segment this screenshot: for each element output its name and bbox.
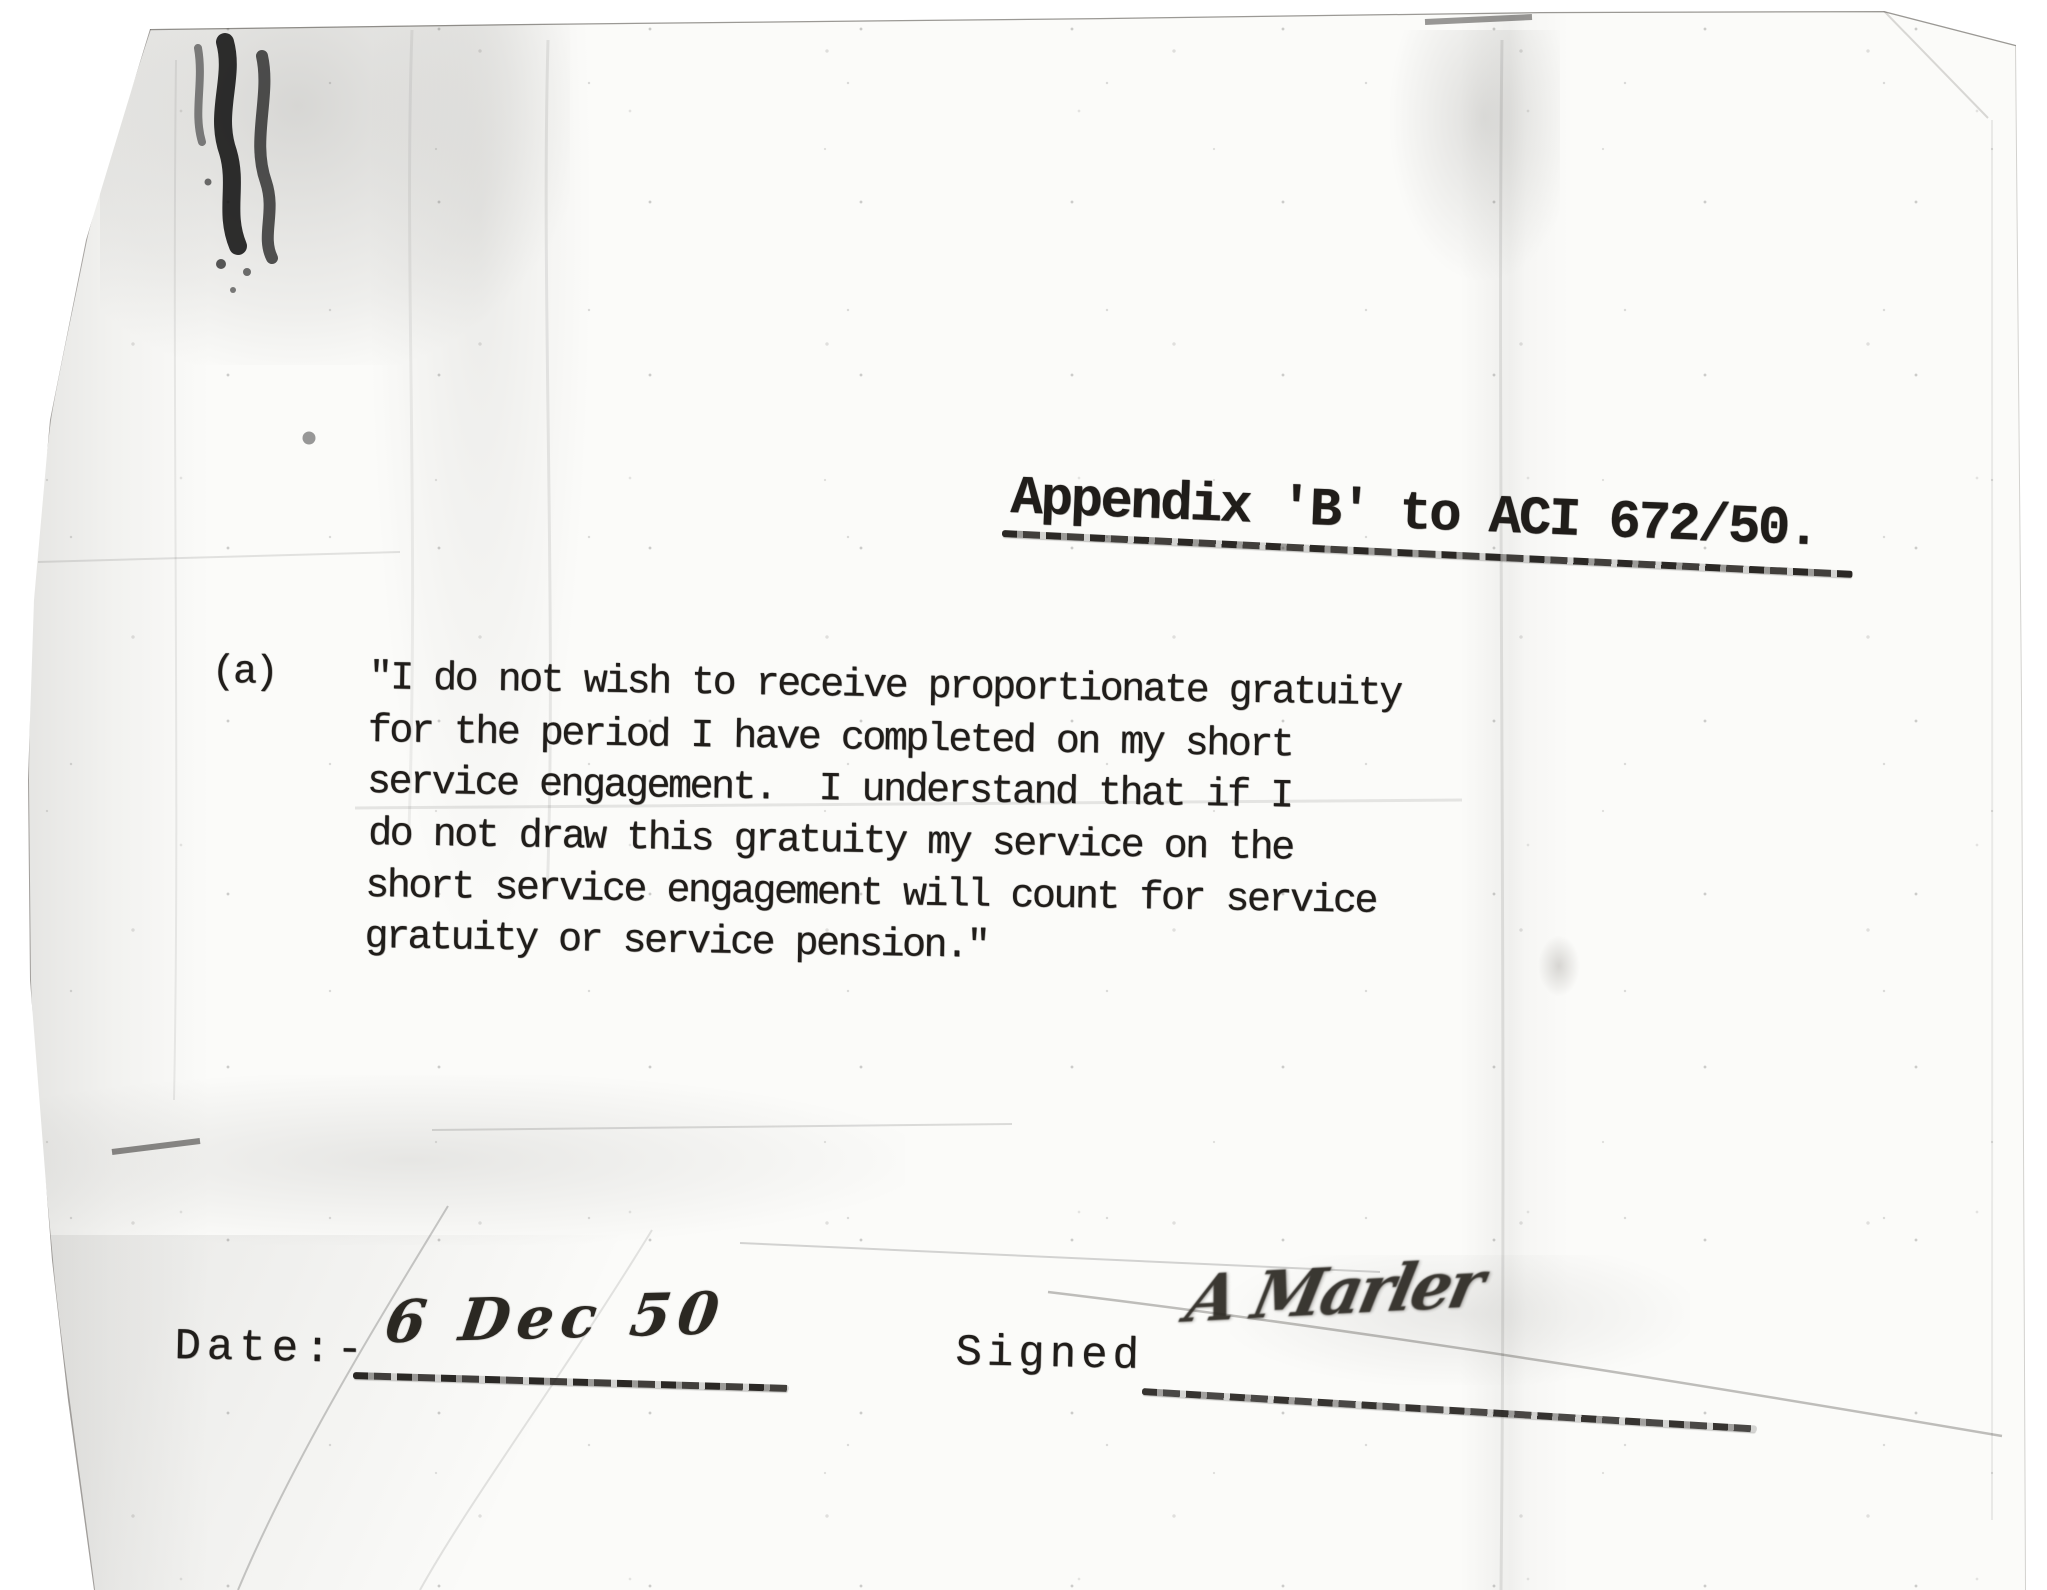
paper-right-edge — [2016, 45, 2026, 1590]
crease-shading-right — [1460, 0, 1570, 1590]
crease-horizontal-left — [38, 552, 400, 562]
smudge-top-right — [1390, 30, 1560, 280]
fold-edge-bottom-left-1 — [238, 1206, 448, 1590]
paper-left-edge — [28, 29, 150, 1590]
top-right-fold — [1884, 11, 1988, 118]
smudge-bottom-left — [5, 1075, 905, 1245]
appendix-heading: Appendix 'B' to ACI 672/50. — [1010, 468, 1819, 561]
crease-vertical-right — [1501, 40, 1503, 1590]
signature-underline — [1142, 1388, 1757, 1433]
dark-mark-bottom-left — [112, 1141, 200, 1152]
signed-label: Signed — [955, 1328, 1144, 1382]
crease-far-right — [1991, 120, 1993, 1520]
date-underline — [353, 1372, 789, 1392]
top-edge-smudge — [1425, 17, 1532, 22]
ink-blot-top-left — [198, 42, 272, 293]
paper-sheet: Appendix 'B' to ACI 672/50. (a) "I do no… — [0, 0, 2047, 1590]
clause-label: (a) — [211, 650, 276, 696]
paper-top-edge — [150, 11, 2016, 45]
signature-scrawl: A Marler — [1180, 1247, 1488, 1338]
handwritten-date: 6 Dec 50 — [381, 1279, 730, 1356]
pencil-line-mid — [432, 1124, 1012, 1130]
date-label: Date:- — [174, 1322, 369, 1376]
smudge-small-blob — [1538, 935, 1580, 997]
scanned-document: Appendix 'B' to ACI 672/50. (a) "I do no… — [0, 0, 2047, 1590]
clause-paragraph: "I do not wish to receive proportionate … — [364, 653, 1401, 981]
grey-dot-mark — [303, 432, 316, 445]
crease-vertical-3 — [174, 60, 176, 1100]
smudge-top-left — [100, 5, 570, 365]
